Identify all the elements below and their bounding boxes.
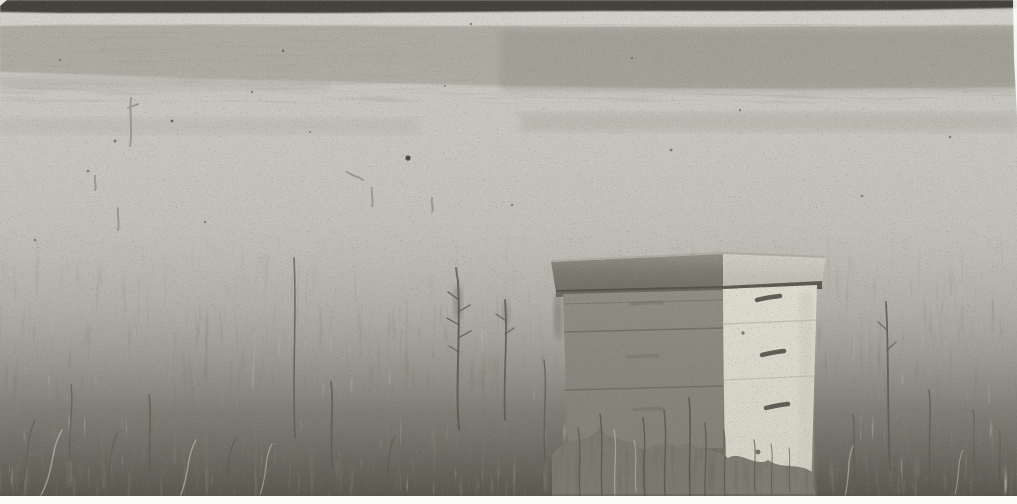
- photograph: [0, 0, 1017, 504]
- halftone-photograph: [0, 0, 1017, 504]
- page-margin-bottom: [0, 496, 1017, 504]
- photo-bottom-edge: [0, 494, 1017, 496]
- halftone-grain-light: [0, 0, 1017, 496]
- photo-frame: [0, 0, 1017, 504]
